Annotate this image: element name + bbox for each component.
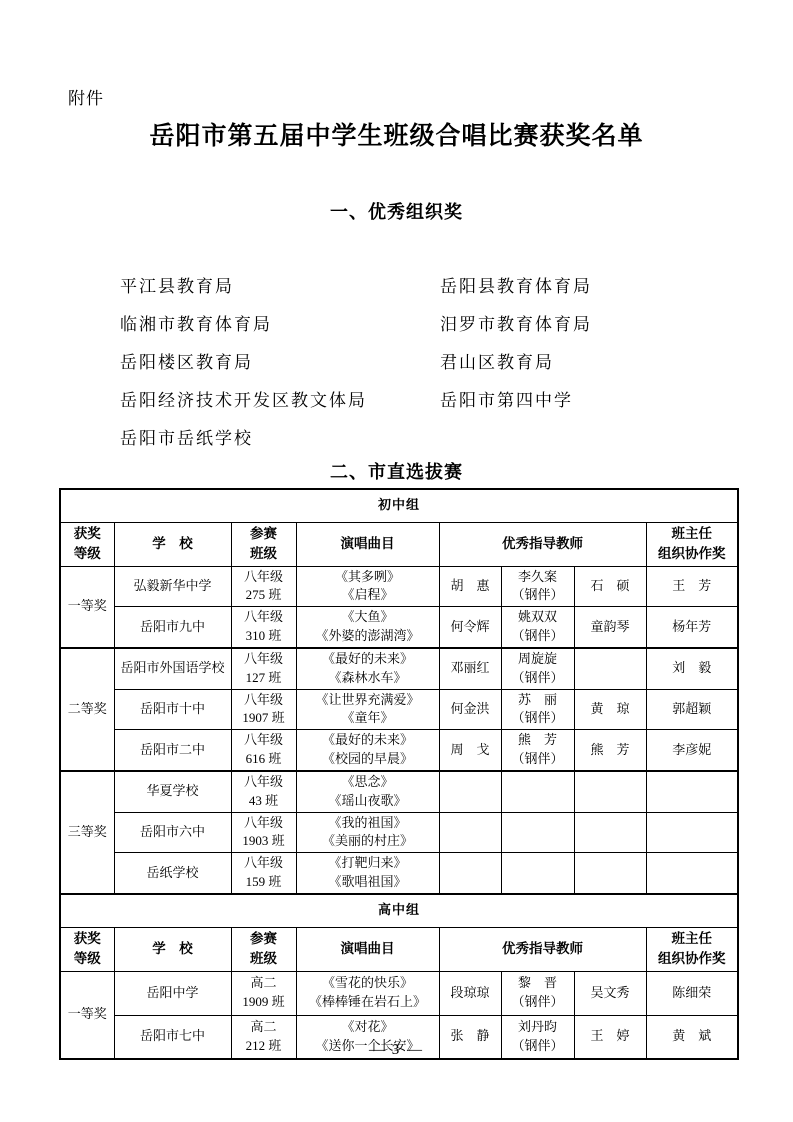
header-award-level: 获奖 等级 xyxy=(60,927,114,971)
teacher-cell: 吴文秀 xyxy=(574,971,646,1015)
teacher-cell xyxy=(574,853,646,894)
teacher-cell xyxy=(574,771,646,812)
monitor-award-cell xyxy=(646,771,738,812)
teacher-cell: 熊 芳 （钢伴） xyxy=(501,730,574,771)
table-row: 二等奖 岳阳市外国语学校 八年级 127 班 《最好的未来》 《森林水车》 邓丽… xyxy=(60,648,738,689)
teacher-cell: 苏 丽 （钢伴） xyxy=(501,689,574,730)
header-songs: 演唱曲目 xyxy=(296,927,439,971)
teacher-cell: 段琼琼 xyxy=(439,971,501,1015)
document-title: 岳阳市第五届中学生班级合唱比赛获奖名单 xyxy=(0,116,793,152)
header-school: 学 校 xyxy=(114,927,231,971)
class-cell: 八年级 159 班 xyxy=(231,853,296,894)
section-2-heading: 二、市直选拔赛 xyxy=(0,458,793,484)
table-row: 三等奖 华夏学校 八年级 43 班 《思念》 《瑶山夜歌》 xyxy=(60,771,738,812)
teacher-cell: 黄 琼 xyxy=(574,689,646,730)
songs-cell: 《大鱼》 《外婆的澎湖湾》 xyxy=(296,607,439,648)
page-number: — 3 — xyxy=(0,1042,793,1059)
class-cell: 八年级 1907 班 xyxy=(231,689,296,730)
songs-cell: 《雪花的快乐》 《棒棒锤在岩石上》 xyxy=(296,971,439,1015)
songs-cell: 《最好的未来》 《校园的早晨》 xyxy=(296,730,439,771)
teacher-cell: 石 硕 xyxy=(574,566,646,607)
table-row: 岳阳市十中 八年级 1907 班 《让世界充满爱》 《童年》 何金洪 苏 丽 （… xyxy=(60,689,738,730)
table-row: 岳阳市二中 八年级 616 班 《最好的未来》 《校园的早晨》 周 戈 熊 芳 … xyxy=(60,730,738,771)
monitor-award-cell: 陈细荣 xyxy=(646,971,738,1015)
header-monitor-award: 班主任 组织协作奖 xyxy=(646,522,738,566)
header-monitor-award: 班主任 组织协作奖 xyxy=(646,927,738,971)
org-list-right-column: 岳阳县教育体育局 汨罗市教育体育局 君山区教育局 岳阳市第四中学 xyxy=(440,268,720,458)
school-cell: 岳阳中学 xyxy=(114,971,231,1015)
awards-table: 初中组 获奖 等级 学 校 参赛 班级 演唱曲目 优秀指导教师 班主任 组织协作… xyxy=(59,488,739,1060)
teacher-cell: 周 戈 xyxy=(439,730,501,771)
monitor-award-cell xyxy=(646,853,738,894)
award-level-cell: 三等奖 xyxy=(60,771,114,894)
junior-group-row: 初中组 xyxy=(60,489,738,522)
org-item: 岳阳市岳纸学校 xyxy=(120,420,440,458)
junior-header-row: 获奖 等级 学 校 参赛 班级 演唱曲目 优秀指导教师 班主任 组织协作奖 xyxy=(60,522,738,566)
school-cell: 岳纸学校 xyxy=(114,853,231,894)
org-item: 君山区教育局 xyxy=(440,344,720,382)
monitor-award-cell: 李彦妮 xyxy=(646,730,738,771)
table-row: 一等奖 弘毅新华中学 八年级 275 班 《其多咧》 《启程》 胡 惠 李久案 … xyxy=(60,566,738,607)
org-list-left-column: 平江县教育局 临湘市教育体育局 岳阳楼区教育局 岳阳经济技术开发区教文体局 岳阳… xyxy=(120,268,440,458)
teacher-cell xyxy=(439,812,501,853)
award-level-cell: 二等奖 xyxy=(60,648,114,771)
school-cell: 岳阳市外国语学校 xyxy=(114,648,231,689)
section-1-heading: 一、优秀组织奖 xyxy=(0,198,793,224)
school-cell: 华夏学校 xyxy=(114,771,231,812)
header-award-level: 获奖 等级 xyxy=(60,522,114,566)
teacher-cell: 周旋旋 （钢伴） xyxy=(501,648,574,689)
org-item: 临湘市教育体育局 xyxy=(120,306,440,344)
teacher-cell xyxy=(501,853,574,894)
class-cell: 八年级 310 班 xyxy=(231,607,296,648)
document-page: 附件 岳阳市第五届中学生班级合唱比赛获奖名单 一、优秀组织奖 平江县教育局 临湘… xyxy=(0,0,793,1122)
award-level-cell: 一等奖 xyxy=(60,566,114,648)
teacher-cell xyxy=(501,771,574,812)
school-cell: 岳阳市六中 xyxy=(114,812,231,853)
class-cell: 八年级 43 班 xyxy=(231,771,296,812)
org-item: 岳阳经济技术开发区教文体局 xyxy=(120,382,440,420)
org-item: 岳阳县教育体育局 xyxy=(440,268,720,306)
monitor-award-cell: 郭超颖 xyxy=(646,689,738,730)
teacher-cell: 姚双双 （钢伴） xyxy=(501,607,574,648)
header-songs: 演唱曲目 xyxy=(296,522,439,566)
school-cell: 岳阳市二中 xyxy=(114,730,231,771)
table-row: 岳纸学校 八年级 159 班 《打靶归来》 《歌唱祖国》 xyxy=(60,853,738,894)
class-cell: 八年级 275 班 xyxy=(231,566,296,607)
teacher-cell: 何金洪 xyxy=(439,689,501,730)
songs-cell: 《其多咧》 《启程》 xyxy=(296,566,439,607)
songs-cell: 《我的祖国》 《美丽的村庄》 xyxy=(296,812,439,853)
class-cell: 八年级 127 班 xyxy=(231,648,296,689)
teacher-cell: 胡 惠 xyxy=(439,566,501,607)
school-cell: 弘毅新华中学 xyxy=(114,566,231,607)
header-teachers: 优秀指导教师 xyxy=(439,522,646,566)
teacher-cell: 李久案 （钢伴） xyxy=(501,566,574,607)
header-class: 参赛 班级 xyxy=(231,522,296,566)
teacher-cell xyxy=(574,648,646,689)
monitor-award-cell xyxy=(646,812,738,853)
org-item: 平江县教育局 xyxy=(120,268,440,306)
teacher-cell: 熊 芳 xyxy=(574,730,646,771)
senior-group-row: 高中组 xyxy=(60,894,738,927)
teacher-cell: 童韵琴 xyxy=(574,607,646,648)
table-row: 岳阳市六中 八年级 1903 班 《我的祖国》 《美丽的村庄》 xyxy=(60,812,738,853)
teacher-cell xyxy=(501,812,574,853)
junior-group-label: 初中组 xyxy=(60,489,738,522)
school-cell: 岳阳市九中 xyxy=(114,607,231,648)
teacher-cell xyxy=(439,771,501,812)
songs-cell: 《让世界充满爱》 《童年》 xyxy=(296,689,439,730)
songs-cell: 《思念》 《瑶山夜歌》 xyxy=(296,771,439,812)
teacher-cell xyxy=(574,812,646,853)
table-row: 一等奖 岳阳中学 高二 1909 班 《雪花的快乐》 《棒棒锤在岩石上》 段琼琼… xyxy=(60,971,738,1015)
class-cell: 八年级 616 班 xyxy=(231,730,296,771)
teacher-cell: 邓丽红 xyxy=(439,648,501,689)
organization-award-list: 平江县教育局 临湘市教育体育局 岳阳楼区教育局 岳阳经济技术开发区教文体局 岳阳… xyxy=(120,268,720,458)
class-cell: 八年级 1903 班 xyxy=(231,812,296,853)
songs-cell: 《打靶归来》 《歌唱祖国》 xyxy=(296,853,439,894)
table-row: 岳阳市九中 八年级 310 班 《大鱼》 《外婆的澎湖湾》 何令辉 姚双双 （钢… xyxy=(60,607,738,648)
org-item: 岳阳楼区教育局 xyxy=(120,344,440,382)
attachment-label: 附件 xyxy=(68,84,104,109)
monitor-award-cell: 王 芳 xyxy=(646,566,738,607)
school-cell: 岳阳市十中 xyxy=(114,689,231,730)
songs-cell: 《最好的未来》 《森林水车》 xyxy=(296,648,439,689)
monitor-award-cell: 杨年芳 xyxy=(646,607,738,648)
class-cell: 高二 1909 班 xyxy=(231,971,296,1015)
header-class: 参赛 班级 xyxy=(231,927,296,971)
header-teachers: 优秀指导教师 xyxy=(439,927,646,971)
teacher-cell: 何令辉 xyxy=(439,607,501,648)
teacher-cell: 黎 晋 （钢伴） xyxy=(501,971,574,1015)
teacher-cell xyxy=(439,853,501,894)
org-item: 汨罗市教育体育局 xyxy=(440,306,720,344)
senior-header-row: 获奖 等级 学 校 参赛 班级 演唱曲目 优秀指导教师 班主任 组织协作奖 xyxy=(60,927,738,971)
header-school: 学 校 xyxy=(114,522,231,566)
senior-group-label: 高中组 xyxy=(60,894,738,927)
monitor-award-cell: 刘 毅 xyxy=(646,648,738,689)
org-item: 岳阳市第四中学 xyxy=(440,382,720,420)
